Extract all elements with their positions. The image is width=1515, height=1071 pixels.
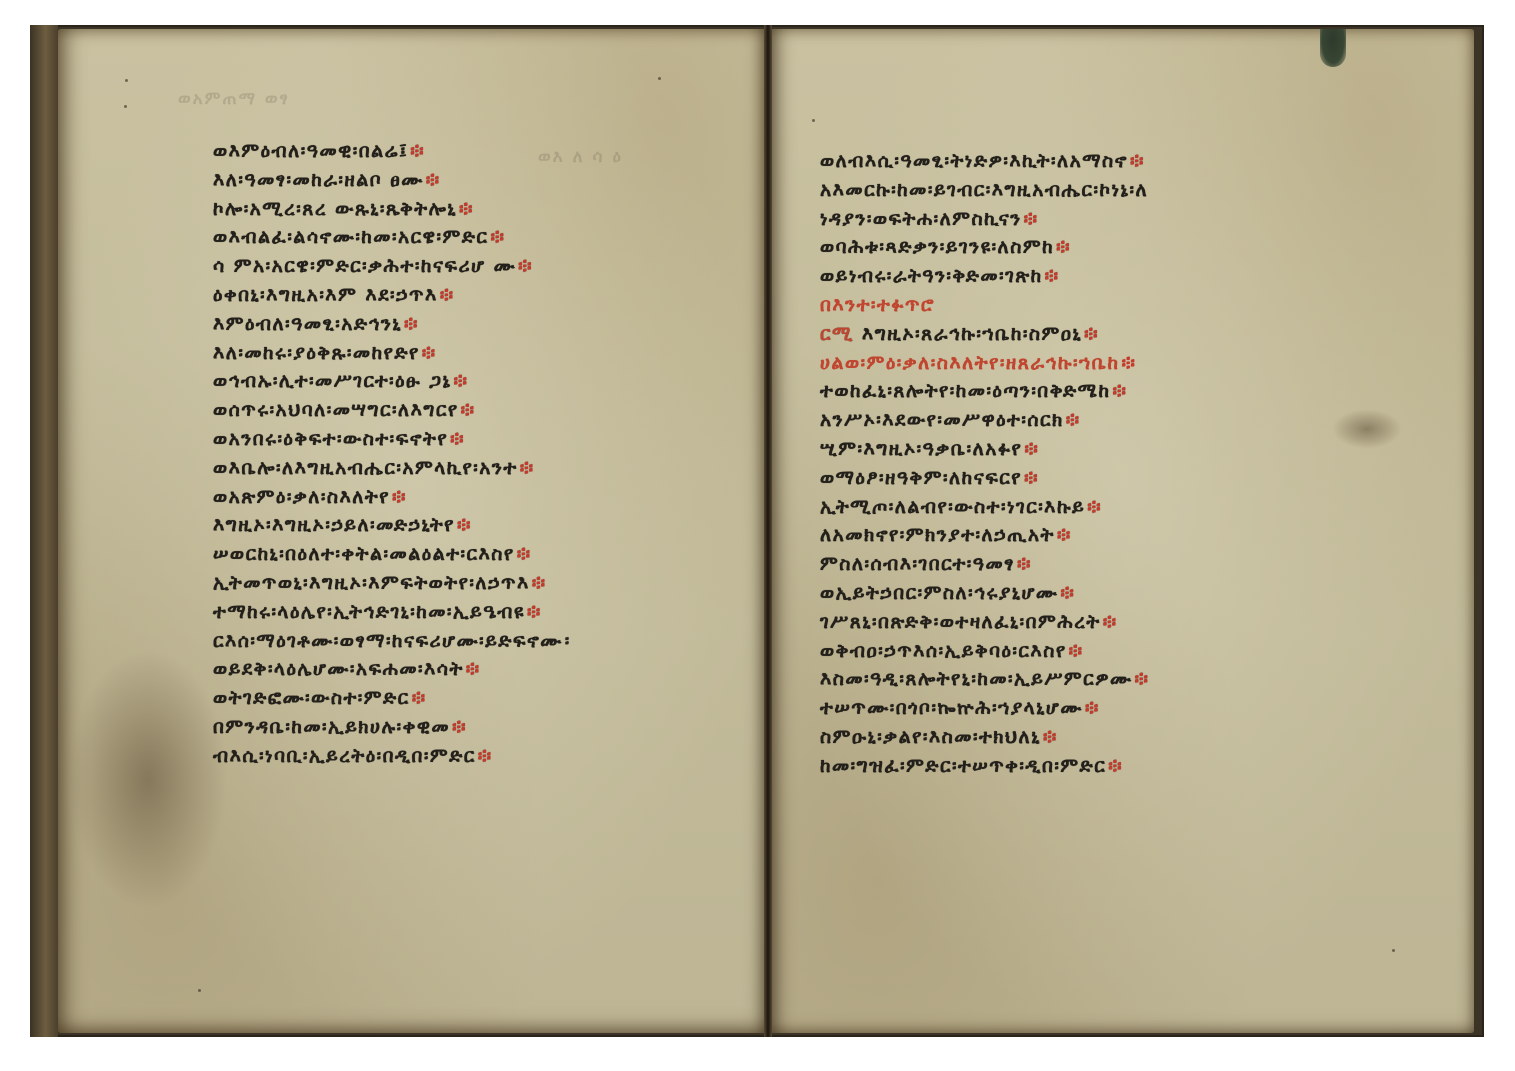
text-line: ወቅብዐ፡ኃጥእሰ፡ኢይቅባዕ፡ርእስየ፨ bbox=[820, 637, 1149, 666]
verse-stop-mark: ፨ bbox=[1084, 323, 1099, 345]
verse-stop-mark: ፨ bbox=[1087, 496, 1102, 518]
text-line: ወአንበሩ፡ዕቅፍተ፡ውስተ፡ፍኖትየ፨ bbox=[213, 425, 571, 454]
speck bbox=[125, 79, 128, 82]
verse-stop-mark: ፨ bbox=[410, 140, 425, 162]
line-text: ወይነብሩ፡ራትዓን፡ቅድመ፡ገጽከ bbox=[820, 265, 1043, 287]
verse-stop-mark: ፨ bbox=[532, 572, 547, 594]
text-line: እለ፡ዓመፃ፡መከራ፡ዘልቦ ፀሙ፨ bbox=[213, 166, 571, 195]
line-text: ከመ፡ግዝፈ፡ምድር፡ተሠጥቀ፡ዲበ፡ምድር bbox=[820, 755, 1106, 777]
line-text: ኢትመጥወኒ፡እግዚኦ፡እምፍትወትየ፡ለኃጥእ bbox=[213, 572, 530, 594]
verse-stop-mark: ፨ bbox=[518, 255, 533, 277]
verse-stop-mark: ፨ bbox=[392, 486, 407, 508]
verse-stop-mark: ፨ bbox=[1024, 208, 1039, 230]
line-text: ሳ ምአ፡አርዌ፡ምድር፡ቃሕተ፡ከናፍሪሆ ሙ bbox=[213, 255, 516, 277]
line-text: ምስለ፡ሰብእ፡ገበርተ፡ዓመፃ bbox=[820, 553, 1015, 575]
thread-tab bbox=[1320, 29, 1346, 67]
verse-stop-mark: ፨ bbox=[490, 226, 505, 248]
line-text: ሠወርከኒ፡በዕለተ፡ቀትል፡መልዕልተ፡ርእስየ bbox=[213, 543, 515, 565]
line-text: ወትገድፎሙ፡ውስተ፡ምድር bbox=[213, 687, 410, 709]
verse-stop-mark: ፨ bbox=[1108, 755, 1123, 777]
manuscript-scan: ወአምጠማ ወፃ ወእ ለ ሳ ዕ ወእምዕብለ፡ዓመዊ፡በልሬ፤፨እለ፡ዓመፃ… bbox=[30, 25, 1484, 1037]
text-line: ሠወርከኒ፡በዕለተ፡ቀትል፡መልዕልተ፡ርእስየ፨ bbox=[213, 540, 571, 569]
line-text: አንሥኦ፡እደውየ፡መሥዋዕተ፡ሰርክ bbox=[820, 409, 1064, 431]
text-line: ወለብእሲ፡ዓመፂ፡ትነድዎ፡እኪት፡ለአማስኖ፨ bbox=[820, 147, 1149, 176]
left-page: ወአምጠማ ወፃ ወእ ለ ሳ ዕ ወእምዕብለ፡ዓመዊ፡በልሬ፤፨እለ፡ዓመፃ… bbox=[58, 29, 764, 1033]
line-text: እስመ፡ዓዲ፡ጸሎትየኒ፡ከመ፡ኢይሥምርዎሙ bbox=[820, 668, 1133, 690]
verse-stop-mark: ፨ bbox=[1121, 352, 1136, 374]
verse-stop-mark: ፨ bbox=[452, 716, 467, 738]
line-text: ኮሎ፡አሚረ፡ጸረ ውጹኒ፡ጼቅትሎኒ bbox=[213, 198, 457, 220]
text-line: ወኢይትኃበር፡ምስለ፡ኅሩያኒሆሙ፨ bbox=[820, 579, 1149, 608]
text-line: ሢም፡እግዚኦ፡ዓቃቤ፡ለአፉየ፨ bbox=[820, 435, 1149, 464]
text-line: ወይነብሩ፡ራትዓን፡ቅድመ፡ገጽከ፨ bbox=[820, 262, 1149, 291]
line-text: ወቅብዐ፡ኃጥእሰ፡ኢይቅባዕ፡ርእስየ bbox=[820, 640, 1067, 662]
verse-stop-mark: ፨ bbox=[412, 687, 427, 709]
line-text: ወለብእሲ፡ዓመፂ፡ትነድዎ፡እኪት፡ለአማስኖ bbox=[820, 150, 1128, 172]
text-line: ከመ፡ግዝፈ፡ምድር፡ተሠጥቀ፡ዲበ፡ምድር፨ bbox=[820, 752, 1149, 781]
line-text: ነዳያን፡ወፍትሐ፡ለምስኪናን bbox=[820, 208, 1022, 230]
verse-stop-mark: ፨ bbox=[1135, 668, 1150, 690]
verse-stop-mark: ፨ bbox=[404, 313, 419, 335]
line-text: ተወከፈኒ፡ጸሎትየ፡ከመ፡ዕጣን፡በቅድሜከ bbox=[820, 380, 1110, 402]
text-line: ርሚ እግዚኦ፡ጸራኅኩ፡ኀቤከ፡ስምዐኒ፨ bbox=[820, 320, 1149, 349]
text-line: ኮሎ፡አሚረ፡ጸረ ውጹኒ፡ጼቅትሎኒ፨ bbox=[213, 195, 571, 224]
text-line: በእንተ፡ተፉጥሮ bbox=[820, 291, 1149, 320]
text-line: ወእምዕብለ፡ዓመዊ፡በልሬ፤፨ bbox=[213, 137, 571, 166]
line-text: ወእቤሎ፡ለእግዚአብሔር፡አምላኪየ፡አንተ bbox=[213, 457, 518, 479]
text-line: ምስለ፡ሰብእ፡ገበርተ፡ዓመፃ፨ bbox=[820, 550, 1149, 579]
right-page: ወለብእሲ፡ዓመፂ፡ትነድዎ፡እኪት፡ለአማስኖ፨አእመርኩ፡ከመ፡ይገብር፡እ… bbox=[772, 29, 1474, 1033]
text-line: ወኅብኡ፡ሊተ፡መሥገርተ፡ዕፁ ጋኔ፨ bbox=[213, 367, 571, 396]
line-text: እግዚኦ፡እግዚኦ፡ኃይለ፡መድኃኒትየ bbox=[213, 514, 455, 536]
verse-stop-mark: ፨ bbox=[1060, 582, 1075, 604]
line-text: ገሥጸኒ፡በጽድቅ፡ወተዛለፈኒ፡በምሕረት bbox=[820, 611, 1101, 633]
line-text: ኢትሚጦ፡ለልብየ፡ውስተ፡ነገር፡እኩይ bbox=[820, 496, 1085, 518]
line-text: ወማዕፆ፡ዘዓቅም፡ለከናፍርየ bbox=[820, 467, 1022, 489]
text-line: ወማዕፆ፡ዘዓቅም፡ለከናፍርየ፨ bbox=[820, 464, 1149, 493]
line-text: ርእሰ፡ማዕገቶሙ፡ወፃማ፡ከናፍሪሆሙ፡ይድፍኖሙ bbox=[213, 630, 563, 652]
line-text: እለ፡መከሩ፡ያዕቅጹ፡መከየድየ bbox=[213, 342, 420, 364]
line-text: እምዕብለ፡ዓመፂ፡አድኅንኒ bbox=[213, 313, 402, 335]
text-line: ሀልወ፡ምዕ፡ቃለ፡ስእለትየ፡ዘጸራኅኩ፡ኀቤከ፨ bbox=[820, 349, 1149, 378]
verse-stop-mark: ፨ bbox=[1069, 640, 1084, 662]
water-stain bbox=[68, 649, 228, 909]
line-text: ዕቀበኒ፡እግዚአ፡እም እደ፡ኃጥእ bbox=[213, 284, 438, 306]
verse-stop-mark: ፨ bbox=[1017, 553, 1032, 575]
speck bbox=[658, 77, 661, 80]
text-line: በምንዳቤ፡ከመ፡ኢይክሀሉ፡ቀዊመ፨ bbox=[213, 713, 571, 742]
verse-stop-mark: ፨ bbox=[1112, 380, 1127, 402]
line-text: በእንተ፡ተፉጥሮ bbox=[820, 294, 935, 316]
line-text: ወኅብኡ፡ሊተ፡መሥገርተ፡ዕፁ ጋኔ bbox=[213, 370, 452, 392]
verse-stop-mark: ፨ bbox=[478, 745, 493, 767]
line-text: አእመርኩ፡ከመ፡ይገብር፡እግዚአብሔር፡ኮነኔ፡ለ bbox=[820, 179, 1148, 201]
text-line: ነዳያን፡ወፍትሐ፡ለምስኪናን፨ bbox=[820, 205, 1149, 234]
verse-stop-mark: ፨ bbox=[520, 457, 535, 479]
gutter bbox=[764, 25, 772, 1037]
line-text: ወባሕቱ፡ጻድቃን፡ይገንዩ፡ለስምከ bbox=[820, 236, 1054, 258]
text-line: ርእሰ፡ማዕገቶሙ፡ወፃማ፡ከናፍሪሆሙ፡ይድፍኖሙ፡ bbox=[213, 627, 571, 656]
speck bbox=[124, 105, 127, 108]
line-text: ሀልወ፡ምዕ፡ቃለ፡ስእለትየ፡ዘጸራኅኩ፡ኀቤከ bbox=[820, 352, 1119, 374]
verse-stop-mark: ፨ bbox=[440, 284, 455, 306]
verse-stop-mark: ፨ bbox=[454, 370, 469, 392]
verse-stop-mark: ፨ bbox=[1024, 467, 1039, 489]
line-text: በምንዳቤ፡ከመ፡ኢይክሀሉ፡ቀዊመ bbox=[213, 716, 450, 738]
text-line: ወአጽምዕ፡ቃለ፡ስእለትየ፨ bbox=[213, 483, 571, 512]
line-text: ተሠጥሙ፡በጎቦ፡ኰኵሕ፡ኀያላኒሆሙ bbox=[820, 697, 1083, 719]
text-line: ወእብልፈ፡ልሳኖሙ፡ከመ፡አርዌ፡ምድር፨ bbox=[213, 223, 571, 252]
text-line: ወሰጥሩ፡አህባለ፡መሣግር፡ለእግርየ፨ bbox=[213, 396, 571, 425]
line-text: ወእምዕብለ፡ዓመዊ፡በልሬ፤ bbox=[213, 140, 408, 162]
verse-stop-mark: ፨ bbox=[422, 342, 437, 364]
line-text: እለ፡ዓመፃ፡መከራ፡ዘልቦ ፀሙ bbox=[213, 169, 424, 191]
line-text: ብእሲ፡ነባቢ፡ኢይረትዕ፡በዲበ፡ምድር bbox=[213, 745, 476, 767]
text-line: ሳ ምአ፡አርዌ፡ምድር፡ቃሕተ፡ከናፍሪሆ ሙ፨ bbox=[213, 252, 571, 281]
verse-stop-mark: ፨ bbox=[1043, 726, 1058, 748]
text-line: እስመ፡ዓዲ፡ጸሎትየኒ፡ከመ፡ኢይሥምርዎሙ፨ bbox=[820, 665, 1149, 694]
verse-stop-mark: ፨ bbox=[1130, 150, 1145, 172]
ink-stain bbox=[1332, 409, 1402, 449]
verse-stop-mark: ፨ bbox=[461, 399, 476, 421]
text-line: ለአመክኖየ፡ምክንያተ፡ለኃጢአት፨ bbox=[820, 521, 1149, 550]
text-line: አንሥኦ፡እደውየ፡መሥዋዕተ፡ሰርክ፨ bbox=[820, 406, 1149, 435]
verse-stop-mark: ፡ bbox=[565, 630, 571, 652]
line-text: ስምዑኒ፡ቃልየ፡እስመ፡ተክህለኒ bbox=[820, 726, 1041, 748]
verse-stop-mark: ፨ bbox=[450, 428, 465, 450]
text-line: ተማከሩ፡ላዕሌየ፡ኢትኅድገኒ፡ከመ፡ኢይዔብዩ፨ bbox=[213, 598, 571, 627]
text-line: ተወከፈኒ፡ጸሎትየ፡ከመ፡ዕጣን፡በቅድሜከ፨ bbox=[820, 377, 1149, 406]
text-line: ኢትሚጦ፡ለልብየ፡ውስተ፡ነገር፡እኩይ፨ bbox=[820, 493, 1149, 522]
text-line: እግዚኦ፡እግዚኦ፡ኃይለ፡መድኃኒትየ፨ bbox=[213, 511, 571, 540]
text-line: ወትገድፎሙ፡ውስተ፡ምድር፨ bbox=[213, 684, 571, 713]
verse-stop-mark: ፨ bbox=[457, 514, 472, 536]
line-text: ለአመክኖየ፡ምክንያተ፡ለኃጢአት bbox=[820, 524, 1055, 546]
showthrough-text: ወአምጠማ ወፃ bbox=[178, 89, 290, 109]
verse-stop-mark: ፨ bbox=[1045, 265, 1060, 287]
text-line: ገሥጸኒ፡በጽድቅ፡ወተዛለፈኒ፡በምሕረት፨ bbox=[820, 608, 1149, 637]
text-line: እለ፡መከሩ፡ያዕቅጹ፡መከየድየ፨ bbox=[213, 339, 571, 368]
verse-stop-mark: ፨ bbox=[1057, 524, 1072, 546]
text-line: ተሠጥሙ፡በጎቦ፡ኰኵሕ፡ኀያላኒሆሙ፨ bbox=[820, 694, 1149, 723]
verse-stop-mark: ፨ bbox=[1066, 409, 1081, 431]
rubric-lead: ርሚ bbox=[820, 323, 862, 345]
text-line: ብእሲ፡ነባቢ፡ኢይረትዕ፡በዲበ፡ምድር፨ bbox=[213, 742, 571, 771]
verse-stop-mark: ፨ bbox=[459, 198, 474, 220]
right-text-column: ወለብእሲ፡ዓመፂ፡ትነድዎ፡እኪት፡ለአማስኖ፨አእመርኩ፡ከመ፡ይገብር፡እ… bbox=[820, 147, 1149, 781]
verse-stop-mark: ፨ bbox=[527, 601, 542, 623]
line-text: ወኢይትኃበር፡ምስለ፡ኅሩያኒሆሙ bbox=[820, 582, 1058, 604]
speck bbox=[198, 989, 201, 992]
text-line: ስምዑኒ፡ቃልየ፡እስመ፡ተክህለኒ፨ bbox=[820, 723, 1149, 752]
line-text: ወይደቅ፡ላዕሌሆሙ፡አፍሐመ፡እሳት bbox=[213, 658, 464, 680]
text-line: ዕቀበኒ፡እግዚአ፡እም እደ፡ኃጥእ፨ bbox=[213, 281, 571, 310]
text-line: እምዕብለ፡ዓመፂ፡አድኅንኒ፨ bbox=[213, 310, 571, 339]
line-text: ወሰጥሩ፡አህባለ፡መሣግር፡ለእግርየ bbox=[213, 399, 459, 421]
left-text-column: ወእምዕብለ፡ዓመዊ፡በልሬ፤፨እለ፡ዓመፃ፡መከራ፡ዘልቦ ፀሙ፨ኮሎ፡አሚረ… bbox=[213, 137, 571, 771]
line-text: ሢም፡እግዚኦ፡ዓቃቤ፡ለአፉየ bbox=[820, 438, 1022, 460]
text-line: ወይደቅ፡ላዕሌሆሙ፡አፍሐመ፡እሳት፨ bbox=[213, 655, 571, 684]
verse-stop-mark: ፨ bbox=[517, 543, 532, 565]
line-text: እግዚኦ፡ጸራኅኩ፡ኀቤከ፡ስምዐኒ bbox=[862, 323, 1082, 345]
text-line: አእመርኩ፡ከመ፡ይገብር፡እግዚአብሔር፡ኮነኔ፡ለ bbox=[820, 176, 1149, 205]
binding-edge bbox=[30, 25, 58, 1037]
text-line: ኢትመጥወኒ፡እግዚኦ፡እምፍትወትየ፡ለኃጥእ፨ bbox=[213, 569, 571, 598]
speck bbox=[1392, 949, 1395, 952]
verse-stop-mark: ፨ bbox=[1103, 611, 1118, 633]
line-text: ወእብልፈ፡ልሳኖሙ፡ከመ፡አርዌ፡ምድር bbox=[213, 226, 488, 248]
line-text: ተማከሩ፡ላዕሌየ፡ኢትኅድገኒ፡ከመ፡ኢይዔብዩ bbox=[213, 601, 525, 623]
line-text: ወአንበሩ፡ዕቅፍተ፡ውስተ፡ፍኖትየ bbox=[213, 428, 448, 450]
text-line: ወባሕቱ፡ጻድቃን፡ይገንዩ፡ለስምከ፨ bbox=[820, 233, 1149, 262]
text-line: ወእቤሎ፡ለእግዚአብሔር፡አምላኪየ፡አንተ፨ bbox=[213, 454, 571, 483]
line-text: ወአጽምዕ፡ቃለ፡ስእለትየ bbox=[213, 486, 390, 508]
verse-stop-mark: ፨ bbox=[1056, 236, 1071, 258]
verse-stop-mark: ፨ bbox=[466, 658, 481, 680]
verse-stop-mark: ፨ bbox=[1024, 438, 1039, 460]
verse-stop-mark: ፨ bbox=[426, 169, 441, 191]
verse-stop-mark: ፨ bbox=[1085, 697, 1100, 719]
speck bbox=[812, 119, 815, 122]
